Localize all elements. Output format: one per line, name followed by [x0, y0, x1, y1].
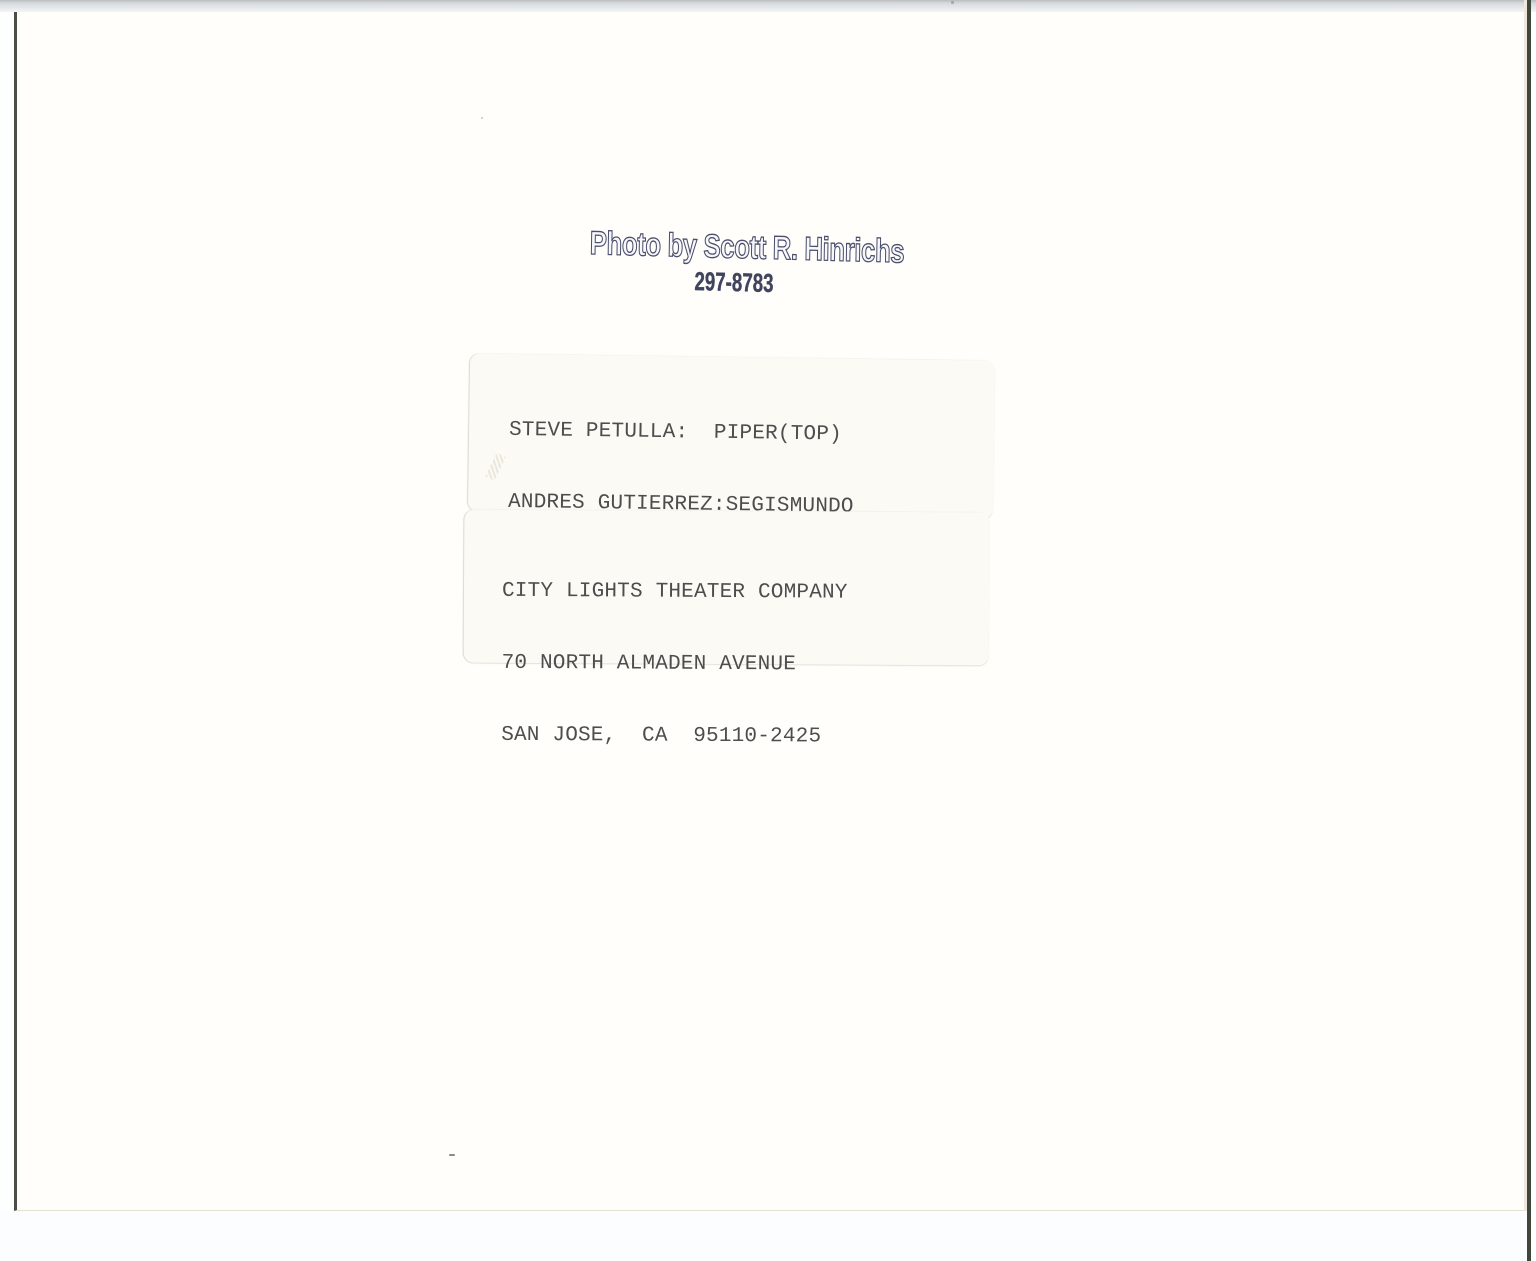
photographer-credit: Photo by Scott R. Hinrichs: [590, 224, 887, 270]
pencil-smudge: [485, 453, 505, 481]
scanner-right-edge: [1527, 0, 1531, 1261]
street-address-line: 70 NORTH ALMADEN AVENUE: [502, 652, 848, 678]
dust-speck: [481, 117, 483, 119]
city-state-zip-line: SAN JOSE, CA 95110-2425: [501, 724, 847, 750]
photographer-stamp: Photo by Scott R. Hinrichs 297-8783: [548, 228, 928, 296]
address-label: CITY LIGHTS THEATER COMPANY 70 NORTH ALM…: [464, 510, 990, 666]
company-name-line: CITY LIGHTS THEATER COMPANY: [502, 580, 848, 606]
dust-speck: [449, 1154, 455, 1156]
scanner-top-edge: [0, 0, 1536, 12]
dust-speck: [951, 1, 954, 4]
scanner-bed: [0, 1211, 1527, 1261]
photographer-phone: 297-8783: [594, 265, 874, 300]
cast-label: STEVE PETULLA: PIPER(TOP) ANDRES GUTIERR…: [468, 353, 995, 518]
cast-line-1: STEVE PETULLA: PIPER(TOP): [509, 419, 855, 448]
address-label-text: CITY LIGHTS THEATER COMPANY 70 NORTH ALM…: [501, 532, 848, 798]
